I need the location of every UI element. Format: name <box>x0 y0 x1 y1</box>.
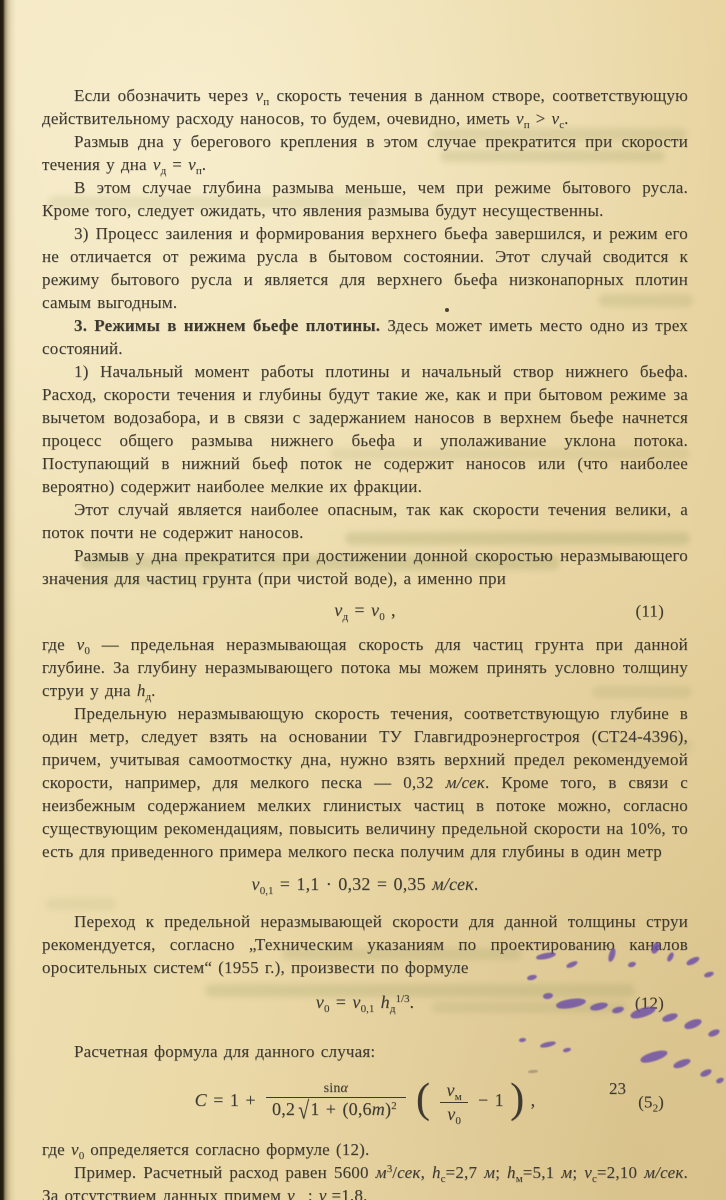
coefficient: 0,2 <box>272 1099 295 1119</box>
formula-12: v0 = v0,1 hд1/3. (12) <box>42 991 688 1014</box>
minus-one: − 1 <box>478 1090 504 1110</box>
equation-number-5-2: (52) <box>638 1091 664 1114</box>
paragraph-12: Расчетная формула для данного случая: <box>42 1040 688 1063</box>
paragraph-4: 3) Процесс заиления и формирования верхн… <box>42 222 688 314</box>
paragraph-2: Размыв дна у берегового крепления в этом… <box>42 130 688 176</box>
paragraph-8: Размыв у дна прекратится при достижении … <box>42 544 688 590</box>
paragraph-9: где v0 — предельная неразмывающая скорос… <box>42 633 688 702</box>
fraction-numerator: sinα <box>266 1080 406 1098</box>
paragraph-11: Переход к предельной неразмывающей скоро… <box>42 910 688 979</box>
paragraph-7: Этот случай является наиболее опасным, т… <box>42 498 688 544</box>
equation-number-11: (11) <box>636 599 665 622</box>
formula-v01: v0,1 = 1,1 · 0,32 = 0,35 м/сек. <box>42 873 688 896</box>
paragraph-1: Если обозначить через vп скорость течени… <box>42 84 688 130</box>
formula-11: vд = v0 , (11) <box>42 599 688 622</box>
ink-stain <box>707 1028 720 1038</box>
page-number: 23 <box>609 1079 626 1099</box>
eq-lhs: C = 1 + <box>195 1090 256 1110</box>
equation-5-2: C = 1 + sinα 0,2√1 + (0,6m)2 ( vм v0 − 1… <box>195 1090 536 1110</box>
equation-11: vд = v0 , <box>334 600 395 620</box>
paragraph-10: Предельную неразмывающую скорость течени… <box>42 702 688 863</box>
open-paren: ( <box>416 1076 430 1122</box>
trailing-comma: , <box>524 1090 535 1110</box>
radicand: 1 + (0,6m)2 <box>308 1097 399 1119</box>
fraction-numerator: vм <box>440 1079 467 1102</box>
paragraph-6: 1) Начальный момент работы плотины и нач… <box>42 360 688 498</box>
ink-speck <box>445 308 449 312</box>
velocity-ratio-fraction: vм v0 <box>440 1079 467 1125</box>
paragraph-3: В этом случае глубина размыва меньше, че… <box>42 176 688 222</box>
radical-sign: √ <box>298 1096 309 1127</box>
paragraph-5-section-heading: 3. Режимы в нижнем бьефе плотины. Здесь … <box>42 314 688 360</box>
page-gutter-shadow <box>0 0 16 1200</box>
formula-5-2: C = 1 + sinα 0,2√1 + (0,6m)2 ( vм v0 − 1… <box>42 1079 688 1125</box>
ink-stain <box>699 1068 712 1079</box>
fraction-denominator: 0,2√1 + (0,6m)2 <box>266 1097 406 1124</box>
paragraph-14-example: Пример. Расчетный расход равен 5600 м3/с… <box>42 1161 688 1200</box>
equation-12: v0 = v0,1 hд1/3. <box>316 992 415 1012</box>
paragraph-13: где v0 определяется согласно формуле (12… <box>42 1138 688 1161</box>
scanned-book-page: Если обозначить через vп скорость течени… <box>0 0 726 1200</box>
close-paren: ) <box>510 1076 524 1122</box>
fraction-denominator: v0 <box>440 1102 467 1126</box>
text-block: Если обозначить через vп скорость течени… <box>42 84 688 1200</box>
ink-stain <box>703 970 714 978</box>
ink-stain <box>715 1076 724 1084</box>
main-fraction: sinα 0,2√1 + (0,6m)2 <box>266 1080 406 1125</box>
equation-v01: v0,1 = 1,1 · 0,32 = 0,35 м/сек. <box>251 874 478 894</box>
